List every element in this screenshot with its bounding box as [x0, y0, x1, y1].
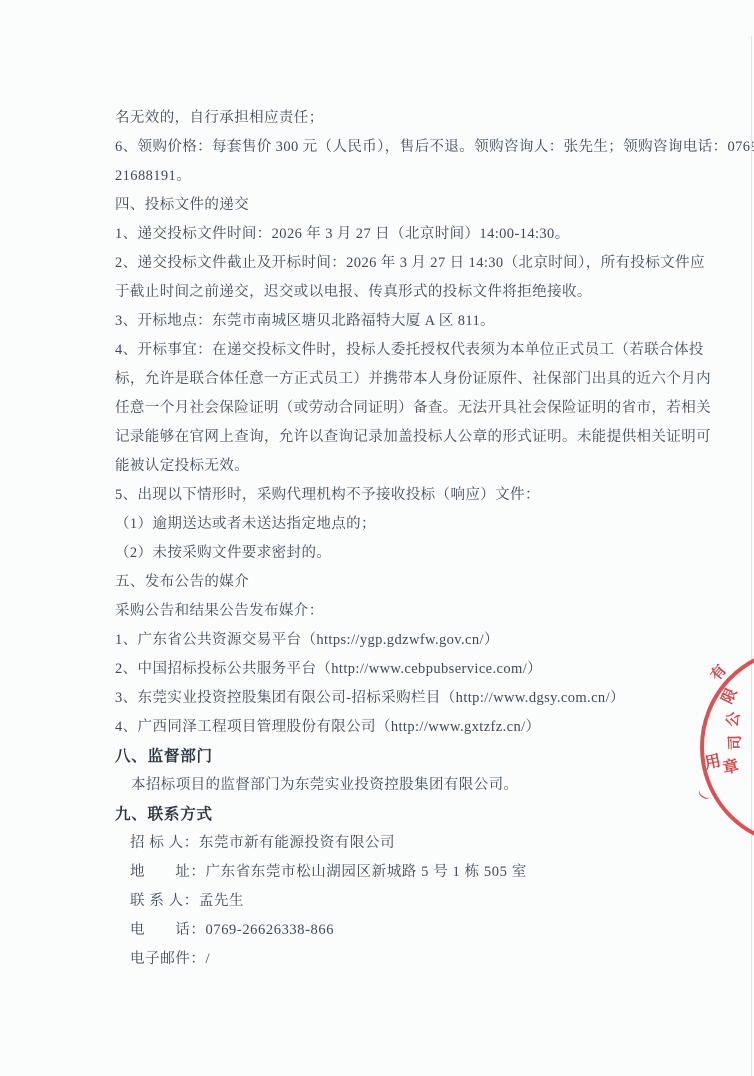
- scanned-document-page: 名无效的，自行承担相应责任；6、领购价格：每套售价 300 元（人民币），售后不…: [0, 0, 754, 1076]
- text-line: 电子邮件：/: [115, 945, 675, 974]
- text-line: 标，允许是联合体任意一方正式员工）并携带本人身份证原件、社保部门出具的近六个月内: [115, 365, 675, 394]
- seal-character: 用: [704, 754, 723, 773]
- text-line: 3、东莞实业投资控股集团有限公司-招标采购栏目（http://www.dgsy.…: [115, 684, 675, 713]
- section-heading: 九、联系方式: [115, 800, 675, 829]
- text-line: 能被认定投标无效。: [115, 452, 675, 481]
- section-heading: 八、监督部门: [115, 742, 675, 771]
- seal-character: 公: [726, 711, 744, 729]
- company-seal-ring: [700, 647, 754, 847]
- text-line: （1）逾期送达或者未送达指定地点的；: [115, 510, 675, 539]
- seal-character: 章: [722, 759, 741, 778]
- text-line: 记录能够在官网上查询，允许以查询记录加盖投标人公章的形式证明。未能提供相关证明可: [115, 423, 675, 452]
- seal-character: 司: [729, 735, 745, 751]
- text-line: 4、开标事宜：在递交投标文件时，投标人委托授权代表须为本单位正式员工（若联合体投: [115, 336, 675, 365]
- seal-character: (: [696, 790, 710, 802]
- text-line: 电 话：0769-26626338-866: [115, 916, 675, 945]
- text-line: 地 址：广东省东莞市松山湖园区新城路 5 号 1 栋 505 室: [115, 858, 675, 887]
- text-line: 名无效的，自行承担相应责任；: [115, 104, 675, 133]
- document-body: 名无效的，自行承担相应责任；6、领购价格：每套售价 300 元（人民币），售后不…: [115, 104, 675, 974]
- text-line: 5、出现以下情形时，采购代理机构不予接收投标（响应）文件：: [115, 481, 675, 510]
- text-line: （2）未按采购文件要求密封的。: [115, 539, 675, 568]
- page-edge-line: [751, 36, 752, 1076]
- text-line: 联 系 人：孟先生: [115, 887, 675, 916]
- text-line: 采购公告和结果公告发布媒介：: [115, 597, 675, 626]
- text-line: 2、递交投标文件截止及开标时间：2026 年 3 月 27 日 14:30（北京…: [115, 249, 675, 278]
- text-line: 2、中国招标投标公共服务平台（http://www.cebpubservice.…: [115, 655, 675, 684]
- section-title: 四、投标文件的递交: [115, 191, 675, 220]
- text-line: 6、领购价格：每套售价 300 元（人民币），售后不退。领购咨询人：张先生；领购…: [115, 133, 675, 162]
- text-line: 于截止时间之前递交，迟交或以电报、传真形式的投标文件将拒绝接收。: [115, 278, 675, 307]
- text-line: 1、递交投标文件时间：2026 年 3 月 27 日（北京时间）14:00-14…: [115, 220, 675, 249]
- text-line: 4、广西同泽工程项目管理股份有限公司（http://www.gxtzfz.cn/…: [115, 713, 675, 742]
- text-line: 1、广东省公共资源交易平台（https://ygp.gdzwfw.gov.cn/…: [115, 626, 675, 655]
- text-line: 3、开标地点：东莞市南城区塘贝北路福特大厦 A 区 811。: [115, 307, 675, 336]
- text-line: 任意一个月社会保险证明（或劳动合同证明）备查。无法开具社会保险证明的省市，若相关: [115, 394, 675, 423]
- text-line: 招 标 人：东莞市新有能源投资有限公司: [115, 829, 675, 858]
- section-title: 五、发布公告的媒介: [115, 568, 675, 597]
- text-line: 本招标项目的监督部门为东莞实业投资控股集团有限公司。: [115, 771, 675, 800]
- text-line: 21688191。: [115, 162, 675, 191]
